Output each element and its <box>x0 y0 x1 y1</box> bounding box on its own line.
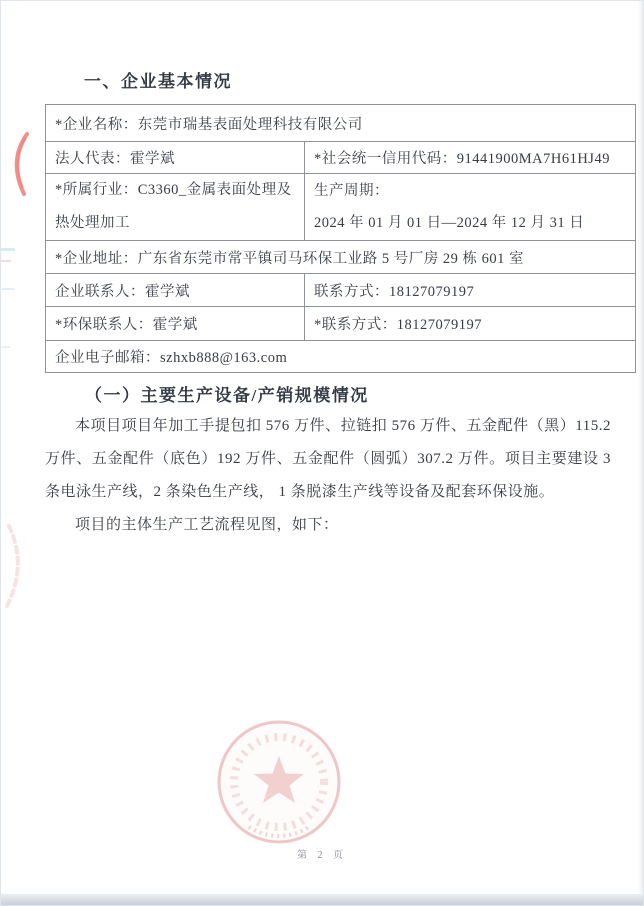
footer-page-number: 第 2 页 <box>1 846 643 861</box>
paragraph-production-scale: 本项目项目年加工手提包扣 576 万件、拉链扣 576 万件、五金配件（黑）11… <box>45 410 611 509</box>
page-right-edge <box>638 1 643 905</box>
scan-artifact <box>1 260 11 262</box>
cell-company-contact: 企业联系人：霍学斌 <box>46 274 305 307</box>
company-info-table: *企业名称：东莞市瑞基表面处理科技有限公司 法人代表：霍学斌 *社会统一信用代码… <box>45 104 636 373</box>
red-ink-arc-icon <box>1 516 31 616</box>
cell-env-contact-phone: *联系方式：18127079197 <box>305 307 636 341</box>
scan-artifact <box>1 248 15 251</box>
company-seal-icon <box>204 709 354 859</box>
table-row: *所属行业：C3360_金属表面处理及热处理加工 生产周期： 2024 年 01… <box>46 174 636 241</box>
cell-company-name: *企业名称：东莞市瑞基表面处理科技有限公司 <box>46 105 636 142</box>
table-row: 企业联系人：霍学斌 联系方式：18127079197 <box>46 274 636 307</box>
production-period-label: 生产周期： <box>314 175 631 207</box>
cell-company-email: 企业电子邮箱：szhxb888@163.com <box>46 341 636 373</box>
table-row: 法人代表：霍学斌 *社会统一信用代码：91441900MA7H61HJ49 <box>46 142 636 174</box>
table-row: *企业名称：东莞市瑞基表面处理科技有限公司 <box>46 105 636 142</box>
paragraph-process-flow-intro: 项目的主体生产工艺流程见图，如下： <box>45 509 611 542</box>
scan-artifact <box>2 288 14 290</box>
table-row: *企业地址：广东省东莞市常平镇司马环保工业路 5 号厂房 29 栋 601 室 <box>46 241 636 274</box>
cell-credit-code: *社会统一信用代码：91441900MA7H61HJ49 <box>305 142 636 174</box>
cell-contact-phone: 联系方式：18127079197 <box>305 274 636 307</box>
cell-production-period: 生产周期： 2024 年 01 月 01 日—2024 年 12 月 31 日 <box>305 174 636 241</box>
table-row: *环保联系人：霍学斌 *联系方式：18127079197 <box>46 307 636 341</box>
section-title-basic-info: 一、企业基本情况 <box>84 67 232 92</box>
cell-legal-representative: 法人代表：霍学斌 <box>46 142 305 174</box>
section-title-production-scale: （一）主要生产设备/产销规模情况 <box>85 381 369 406</box>
table-row: 企业电子邮箱：szhxb888@163.com <box>46 341 636 373</box>
document-page: 一、企业基本情况 *企业名称：东莞市瑞基表面处理科技有限公司 法人代表：霍学斌 … <box>0 0 644 906</box>
cell-env-contact: *环保联系人：霍学斌 <box>46 307 305 341</box>
body-text: 本项目项目年加工手提包扣 576 万件、拉链扣 576 万件、五金配件（黑）11… <box>45 410 611 542</box>
cell-company-address: *企业地址：广东省东莞市常平镇司马环保工业路 5 号厂房 29 栋 601 室 <box>46 241 636 274</box>
page-bottom-edge <box>1 894 643 905</box>
cell-industry: *所属行业：C3360_金属表面处理及热处理加工 <box>46 174 305 241</box>
production-period-dates: 2024 年 01 月 01 日—2024 年 12 月 31 日 <box>314 207 631 239</box>
red-ink-arc-icon <box>1 116 41 206</box>
scan-artifact <box>1 346 10 348</box>
